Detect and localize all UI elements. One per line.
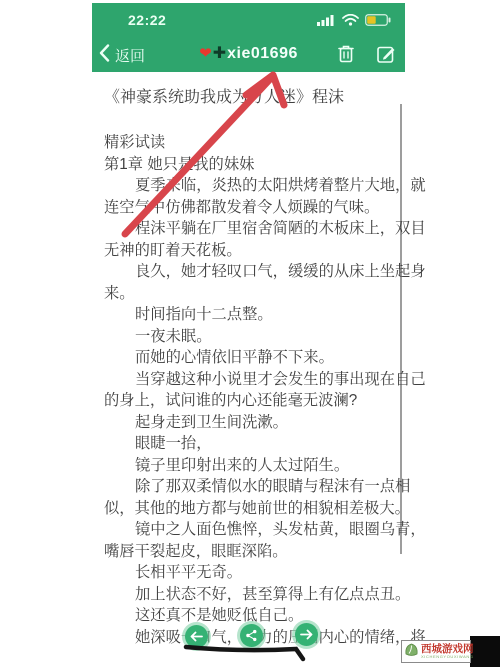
battery-icon: [365, 13, 391, 31]
novel-line: 起身走到卫生间洗漱。: [104, 412, 398, 434]
novel-line: 嘴唇干裂起皮，眼眶深陷。: [104, 541, 398, 563]
novel-line: 似，其他的地方都与她前世的相貌相差极大。: [104, 498, 398, 520]
novel-text: 《神豪系统助我成为万人迷》程沫 精彩试读第1章 她只是我的妹妹夏季来临，炎热的太…: [104, 84, 398, 648]
novel-title: 《神豪系统助我成为万人迷》程沫: [104, 84, 398, 106]
novel-line: 第1章 她只是我的妹妹: [104, 154, 398, 176]
novel-line: 来。: [104, 283, 398, 305]
heart-icon: ❤: [199, 45, 212, 62]
novel-line: 而她的心情依旧平静不下来。: [104, 347, 398, 369]
compose-icon: [375, 43, 397, 65]
novel-line: 一夜未眠。: [104, 326, 398, 348]
novel-line: 的身上，试问谁的内心还能毫无波澜?: [104, 390, 398, 412]
arrow-right-icon: [300, 629, 313, 640]
share-icon: [245, 629, 258, 642]
wifi-icon: [342, 13, 359, 31]
leaf-logo-icon: [404, 642, 419, 662]
status-bar: 22:22: [92, 9, 405, 31]
compose-button[interactable]: [375, 43, 397, 65]
novel-line: 良久，她才轻叹口气，缓缓的从床上坐起身: [104, 261, 398, 283]
novel-line: 时间指向十二点整。: [104, 304, 398, 326]
next-page-button[interactable]: [295, 623, 318, 646]
novel-line: 眼睫一抬，: [104, 433, 398, 455]
novel-line: 程沫平躺在厂里宿舍简陋的木板床上，双目: [104, 218, 398, 240]
novel-line: 加上状态不好，甚至算得上有亿点点丑。: [104, 584, 398, 606]
site-watermark: 西城游戏网 XICHENGYOUXIWANG: [401, 640, 471, 663]
arrow-left-icon: [190, 631, 203, 642]
previous-page-button[interactable]: [185, 625, 208, 648]
nav-bar: 返回 ❤✚xie01696: [92, 41, 405, 71]
trash-icon: [335, 43, 357, 65]
novel-line: 精彩试读: [104, 132, 398, 154]
watermark-name: 西城游戏网: [421, 644, 474, 655]
watermark-black-block: [470, 636, 500, 667]
novel-line: 当穿越这种小说里才会发生的事出现在自己: [104, 369, 398, 391]
status-time: 22:22: [128, 12, 166, 28]
plus-icon: ✚: [212, 45, 227, 62]
watermark-subtext: XICHENGYOUXIWANG: [421, 655, 474, 659]
novel-line: 长相平平无奇。: [104, 562, 398, 584]
signal-bars-icon: [317, 13, 336, 31]
novel-line: 无神的盯着天花板。: [104, 240, 398, 262]
novel-line: 连空气中仿佛都散发着令人烦躁的气味。: [104, 197, 398, 219]
black-underline-mark: [186, 647, 303, 659]
novel-line: 夏季来临，炎热的太阳烘烤着整片大地，就: [104, 175, 398, 197]
novel-lines: 精彩试读第1章 她只是我的妹妹夏季来临，炎热的太阳烘烤着整片大地，就连空气中仿佛…: [104, 132, 398, 648]
screenshot-canvas: 22:22: [0, 0, 500, 667]
share-button[interactable]: [240, 624, 263, 647]
novel-line: 镜子里印射出来的人太过陌生。: [104, 455, 398, 477]
trash-button[interactable]: [335, 43, 357, 65]
novel-line: 镜中之人面色憔悴，头发枯黄，眼圈乌青，: [104, 519, 398, 541]
chat-title-text: xie01696: [227, 45, 298, 62]
phone-header: 22:22: [92, 3, 405, 72]
novel-line: 除了那双柔情似水的眼睛与程沫有一点相: [104, 476, 398, 498]
